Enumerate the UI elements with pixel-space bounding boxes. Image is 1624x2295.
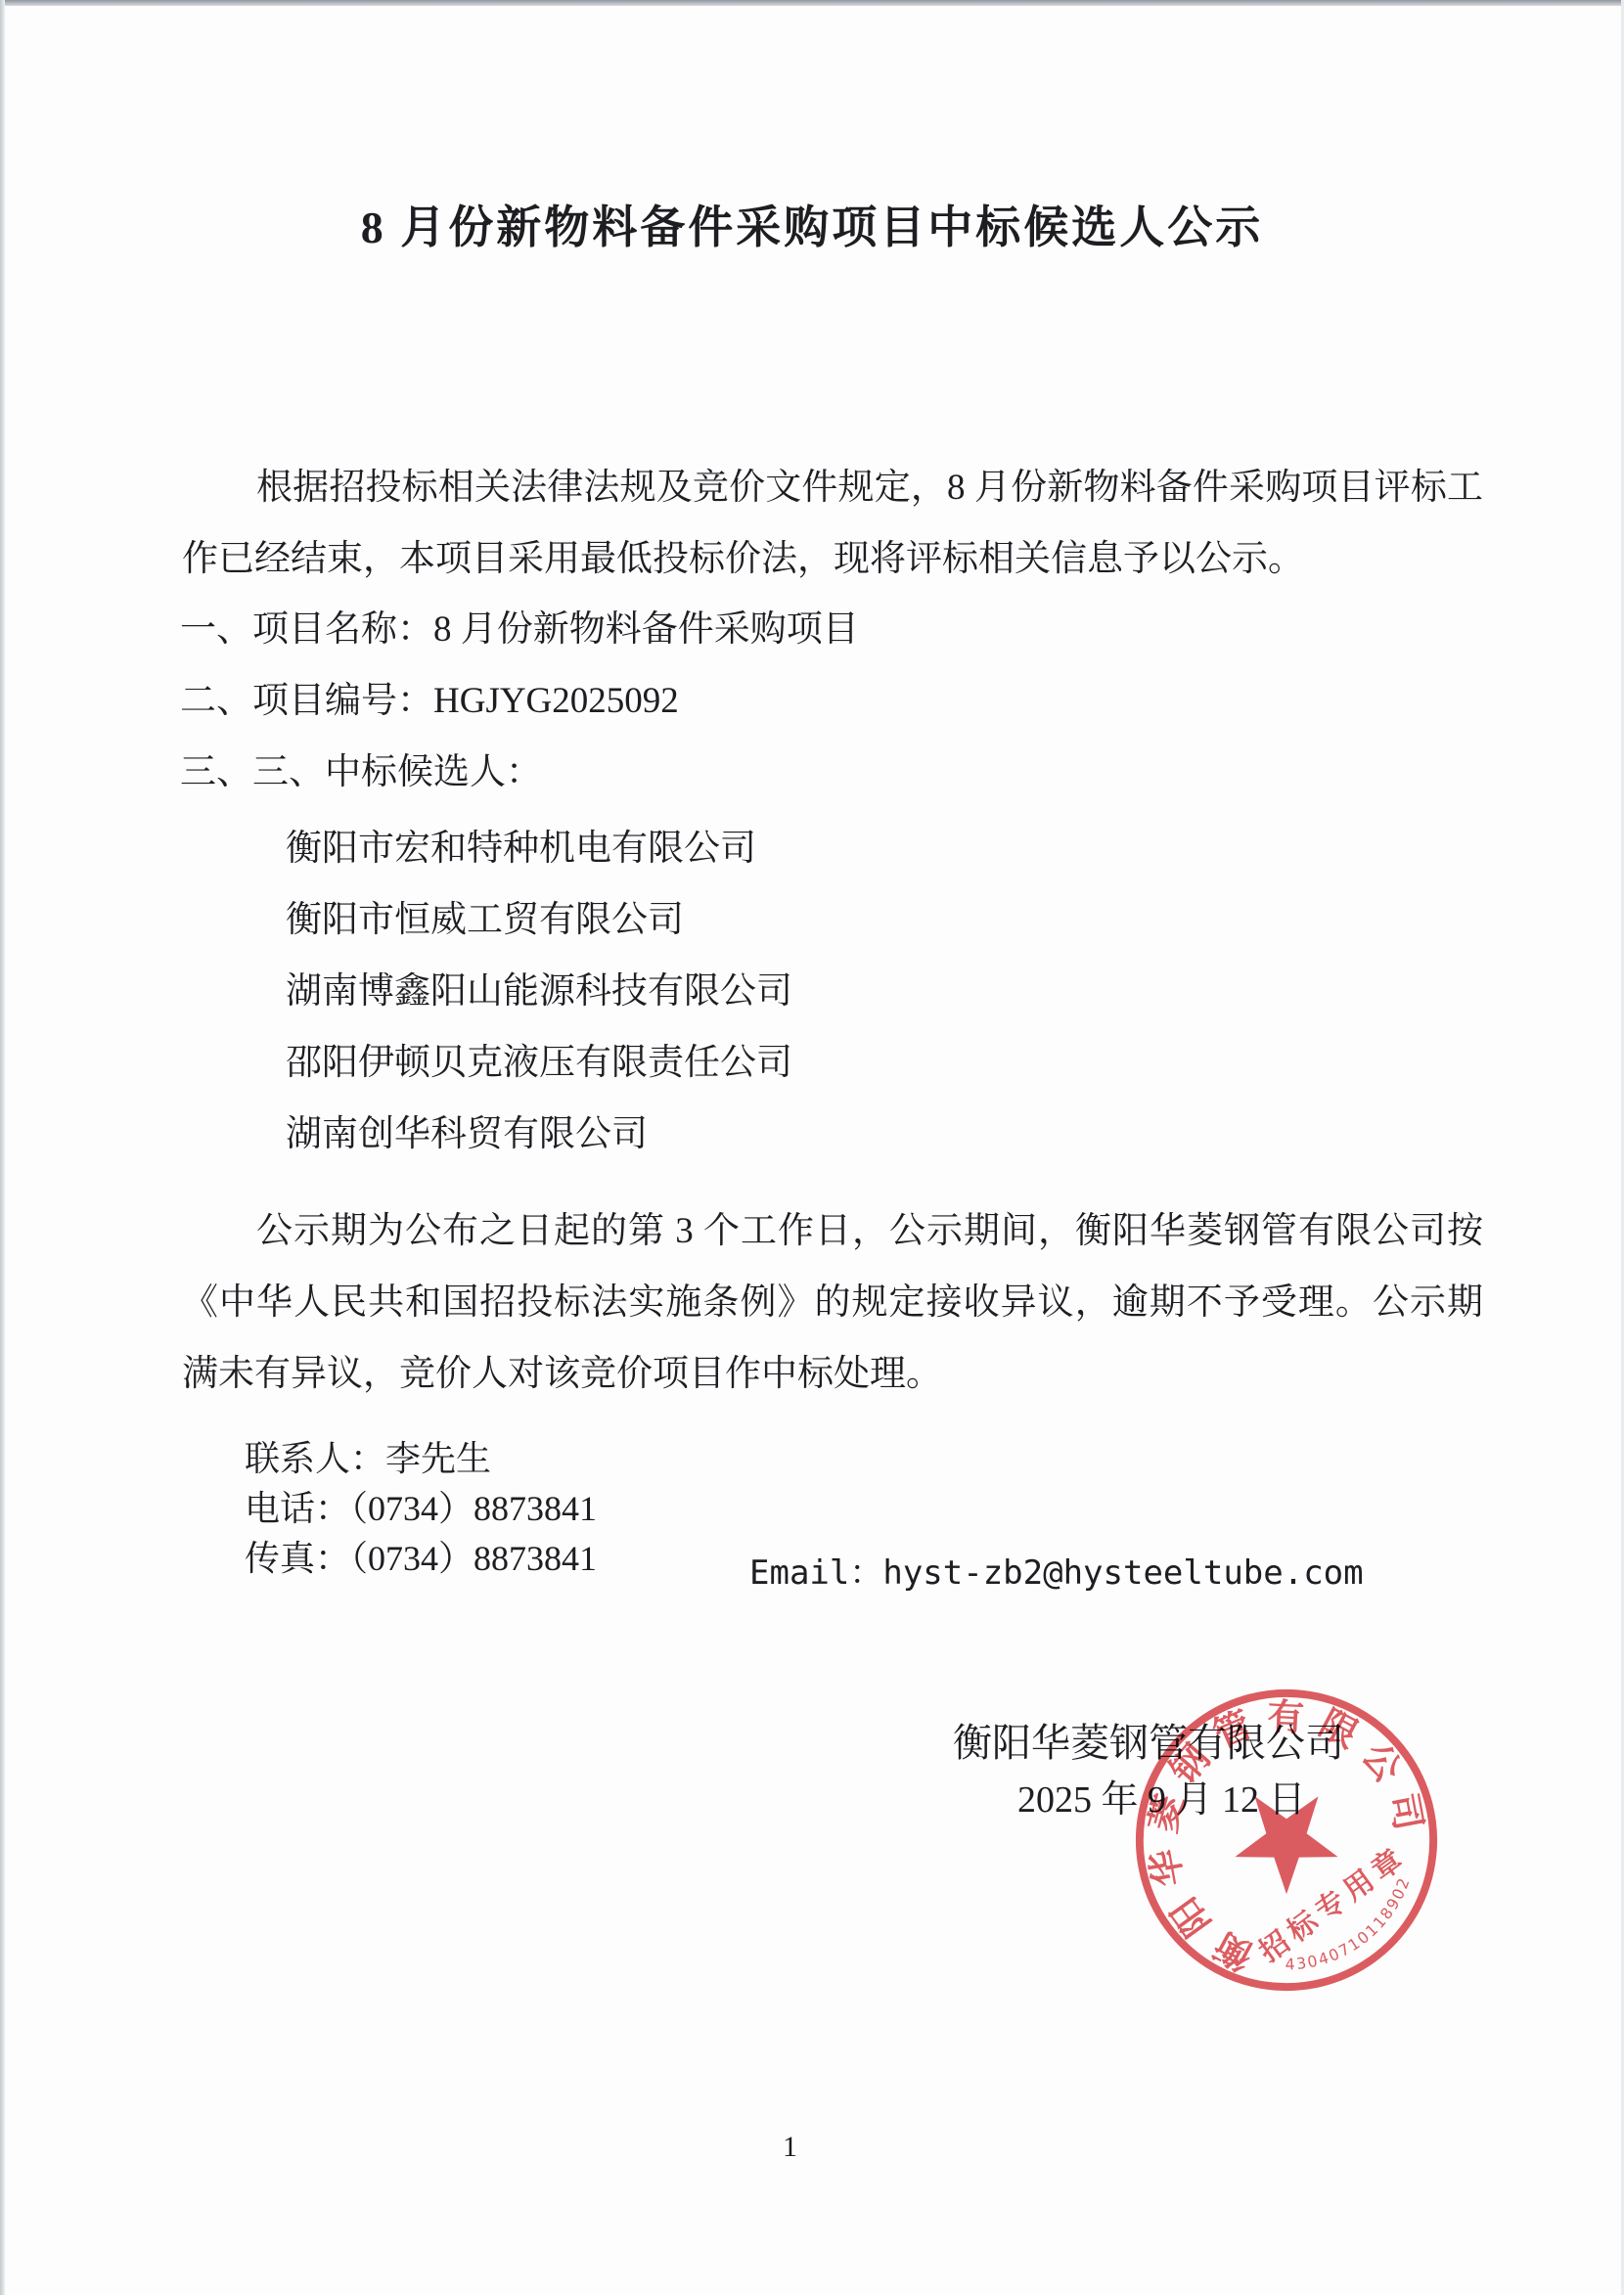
item-project-name: 一、项目名称：8 月份新物料备件采购项目 bbox=[180, 608, 859, 652]
candidate-company-2: 衡阳市恒威工贸有限公司 bbox=[286, 899, 684, 942]
item-candidates-heading: 三、三、中标候选人： bbox=[180, 751, 542, 794]
contact-person: 联系人：李先生 bbox=[245, 1438, 491, 1480]
scan-edge-left bbox=[0, 0, 5, 2295]
contact-phone: 电话：（0734）8873841 bbox=[245, 1488, 597, 1530]
document-title: 8 月份新物料备件采购项目中标候选人公示 bbox=[0, 192, 1624, 256]
candidate-company-1: 衡阳市宏和特种机电有限公司 bbox=[286, 828, 756, 871]
scan-edge-top bbox=[0, 0, 1624, 6]
candidate-company-5: 湖南创华科贸有限公司 bbox=[286, 1113, 648, 1156]
contact-fax: 传真：（0734）8873841 bbox=[245, 1538, 597, 1580]
document-page: 8 月份新物料备件采购项目中标候选人公示 根据招投标相关法律法规及竞价文件规定，… bbox=[0, 0, 1624, 2295]
company-seal-stamp: 衡阳华菱钢管有限公司 招标专用章 43040710118902 bbox=[1070, 1624, 1502, 2055]
notice-paragraph: 公示期为公布之日起的第 3 个工作日，公示期间，衡阳华菱钢管有限公司按《中华人民… bbox=[182, 1195, 1483, 1410]
candidate-company-4: 邵阳伊顿贝克液压有限责任公司 bbox=[286, 1042, 792, 1085]
page-number: 1 bbox=[783, 2131, 797, 2164]
seal-star-icon bbox=[1213, 1766, 1354, 1906]
candidate-company-3: 湖南博鑫阳山能源科技有限公司 bbox=[286, 970, 792, 1013]
item-project-number: 二、项目编号：HGJYG2025092 bbox=[180, 680, 679, 723]
seal-graphic: 衡阳华菱钢管有限公司 招标专用章 43040710118902 bbox=[1070, 1624, 1502, 2055]
contact-email: Email：hyst-zb2@hysteeltube.com bbox=[749, 1546, 1364, 1594]
intro-paragraph: 根据招投标相关法律法规及竞价文件规定，8 月份新物料备件采购项目评标工作已经结束… bbox=[182, 452, 1483, 595]
